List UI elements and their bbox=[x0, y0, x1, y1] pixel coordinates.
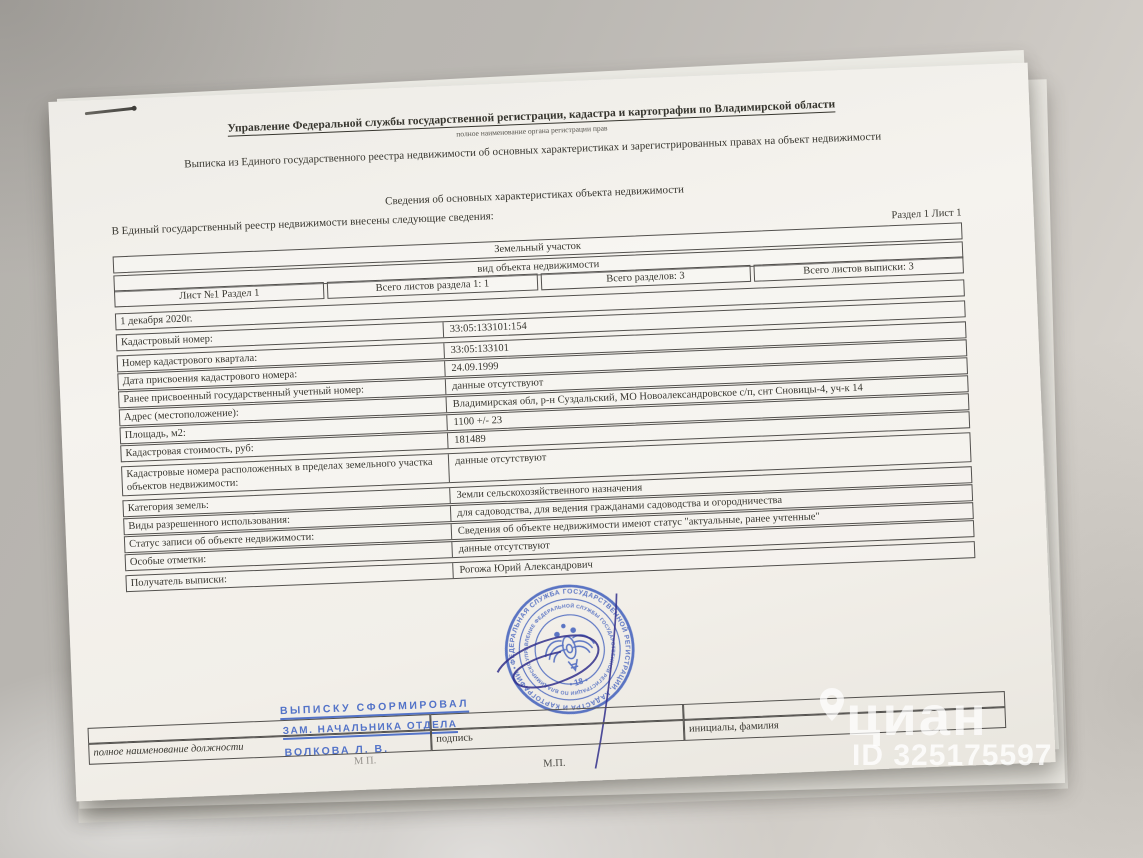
photo-stage: Управление Федеральной службы государств… bbox=[0, 0, 1143, 858]
mp-mark: М.П. bbox=[543, 758, 566, 770]
handwritten-signature bbox=[465, 546, 705, 805]
characteristics-table: 1 декабря 2020г. Кадастровый номер: 33:0… bbox=[115, 279, 976, 593]
date-value: 1 декабря 2020г. bbox=[116, 311, 197, 329]
map-pin-icon bbox=[818, 686, 846, 724]
cian-watermark: циан ID 325175597 bbox=[818, 680, 1078, 773]
mp-mark-faint: М П. bbox=[354, 755, 377, 767]
staple bbox=[85, 107, 135, 115]
watermark-id: ID 325175597 bbox=[852, 739, 1078, 773]
